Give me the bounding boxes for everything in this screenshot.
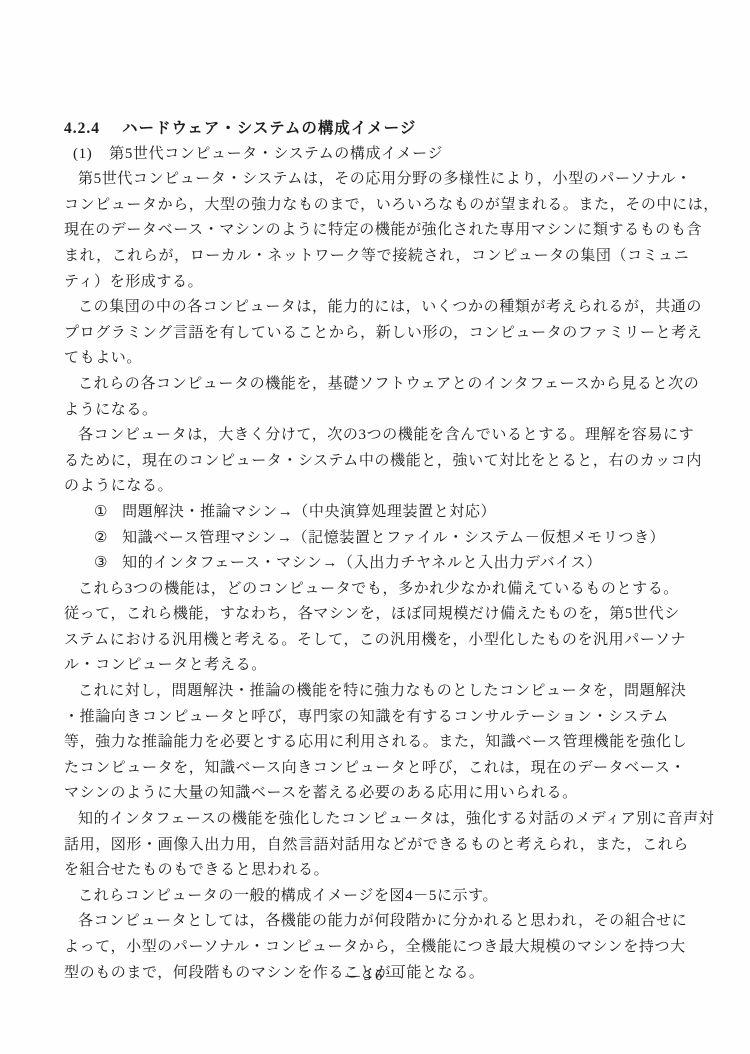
subsection-heading: (1)第5世代コンピュータ・システムの構成イメージ	[64, 142, 710, 168]
subsection-title: 第5世代コンピュータ・システムの構成イメージ	[109, 146, 443, 162]
item-marker: ①	[94, 504, 108, 520]
document-body: 4.2.4ハードウェア・システムの構成イメージ (1)第5世代コンピュータ・シス…	[64, 116, 710, 986]
section-heading: 4.2.4ハードウェア・システムの構成イメージ	[64, 116, 710, 142]
text-line: これに対し，問題解決・推論の機能を特に強力なものとしたコンピュータを，問題解決	[64, 679, 710, 705]
text-line: 現在のデータベース・マシンのように特定の機能が強化された専用マシンに類するものも…	[64, 218, 710, 244]
text-line: るために，現在のコンピュータ・システム中の機能と，強いて対比をとると，右のカッコ…	[64, 449, 710, 475]
text-line: この集団の中の各コンピュータは，能力的には，いくつかの種類が考えられるが，共通の	[64, 295, 710, 321]
text-line: 等，強力な推論能力を必要とする応用に利用される。また，知識ベース管理機能を強化し	[64, 730, 710, 756]
text-line: のようになる。	[64, 474, 710, 500]
text-line: 各コンピュータとしては，各機能の能力が何段階かに分かれると思われ，その組合せに	[64, 909, 710, 935]
text-line: まれ，これらが，ローカル・ネットワーク等で接続され，コンピュータの集団（コミュニ	[64, 244, 710, 270]
scanned-page: 4.2.4ハードウェア・システムの構成イメージ (1)第5世代コンピュータ・シス…	[0, 0, 750, 1054]
item-marker: ③	[94, 555, 108, 571]
text-line: たコンピュータを，知識ベース向きコンピュータと呼び，これは，現在のデータベース・	[64, 756, 710, 782]
text-line: ル・コンピュータと考える。	[64, 653, 710, 679]
list-item: ③知的インタフェース・マシン→（入出力チヤネルと入出力デバイス）	[64, 551, 710, 577]
text-line: ようになる。	[64, 398, 710, 424]
text-line: これら3つの機能は，どのコンピュータでも，多かれ少なかれ備えているものとする。	[64, 577, 710, 603]
list-item: ②知識ベース管理マシン→（記憶装置とファイル・システム－仮想メモリつき）	[64, 526, 710, 552]
text-line: これらコンピュータの一般的構成イメージを図4－5に示す。	[64, 884, 710, 910]
body-lines: 第5世代コンピュータ・システムは，その応用分野の多様性により，小型のパーソナル・…	[64, 167, 710, 986]
item-text: 問題解決・推論マシン→（中央演算処理装置と対応）	[122, 504, 496, 520]
text-line: を組合せたものもできると思われる。	[64, 858, 710, 884]
text-line: 従って，これら機能，すなわち，各マシンを，ほぼ同規模だけ備えたものを，第5世代シ	[64, 602, 710, 628]
list-item: ①問題解決・推論マシン→（中央演算処理装置と対応）	[64, 500, 710, 526]
text-line: ステムにおける汎用機と考える。そして，この汎用機を，小型化したものを汎用パーソナ	[64, 628, 710, 654]
section-number: 4.2.4	[64, 120, 100, 137]
section-title: ハードウェア・システムの構成イメージ	[122, 120, 416, 137]
text-line: よって，小型のパーソナル・コンピュータから，全機能につき最大規模のマシンを持つ大	[64, 935, 710, 961]
subsection-label: (1)	[73, 146, 92, 162]
text-line: マシンのように大量の知識ベースを蓄える必要のある応用に用いられる。	[64, 781, 710, 807]
text-line: これらの各コンピュータの機能を，基礎ソフトウェアとのインタフェースから見ると次の	[64, 372, 710, 398]
text-line: ・推論向きコンピュータと呼び，専門家の知識を有するコンサルテーション・システム	[64, 705, 710, 731]
text-line: てもよい。	[64, 346, 710, 372]
text-line: 知的インタフェースの機能を強化したコンピュータは，強化する対話のメディア別に音声…	[64, 807, 710, 833]
item-text: 知識ベース管理マシン→（記憶装置とファイル・システム－仮想メモリつき）	[122, 530, 665, 546]
item-text: 知的インタフェース・マシン→（入出力チヤネルと入出力デバイス）	[122, 555, 602, 571]
text-line: 第5世代コンピュータ・システムは，その応用分野の多様性により，小型のパーソナル・	[64, 167, 710, 193]
text-line: コンピュータから，大型の強力なものまで，いろいろなものが望まれる。また，その中に…	[64, 193, 710, 219]
item-marker: ②	[94, 530, 108, 546]
page-number: —36—	[0, 968, 750, 985]
text-line: ティ）を形成する。	[64, 270, 710, 296]
text-line: 各コンピュータは，大きく分けて，次の3つの機能を含んでいるとする。理解を容易にす	[64, 423, 710, 449]
text-line: 話用，図形・画像入出力用，自然言語対話用などができるものと考えられ，また，これら	[64, 833, 710, 859]
text-line: プログラミング言語を有していることから，新しい形の，コンピュータのファミリーと考…	[64, 321, 710, 347]
